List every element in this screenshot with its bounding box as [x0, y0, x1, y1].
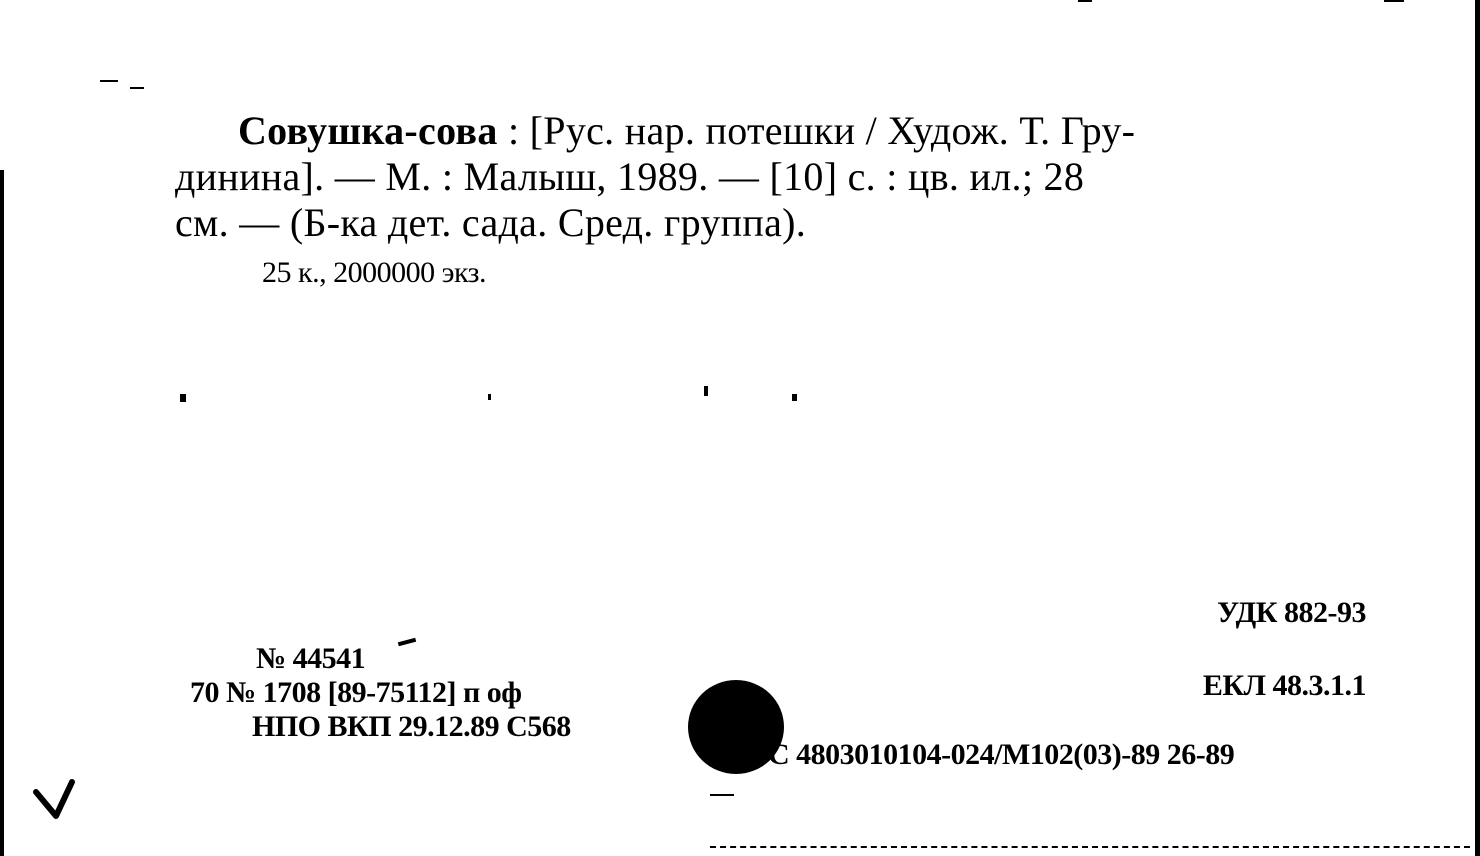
check-mark-icon [30, 778, 86, 824]
card-right-edge [1475, 0, 1480, 856]
classification-block: УДК 882-93 ЕКЛ 48.3.1.1 [1203, 596, 1366, 742]
scan-speck [710, 794, 734, 796]
word: Малыш, [464, 154, 607, 199]
word: : [442, 154, 453, 199]
word: / [866, 108, 877, 153]
word: — [719, 154, 759, 199]
word: : [886, 154, 897, 199]
scan-speck [704, 386, 708, 396]
word: М. [385, 154, 431, 199]
word: 1989. [617, 154, 709, 199]
ekl-code: ЕКЛ 48.3.1.1 [1203, 669, 1366, 707]
entry-line-2: динина]. — М. : Малыш, 1989. — [10] с. :… [175, 154, 1365, 200]
scan-speck [100, 80, 118, 82]
word: ил.; [970, 154, 1034, 199]
scan-speck [488, 394, 491, 400]
printer-info: НПО ВКП 29.12.89 С568 [190, 710, 571, 744]
word: потешки [705, 108, 855, 153]
word: с. [848, 154, 876, 199]
word: Т. [1019, 108, 1050, 153]
word: цв. [908, 154, 959, 199]
catalog-card: Совушка-сова : [Рус. нар. потешки / Худо… [0, 0, 1480, 856]
udk-code: УДК 882-93 [1203, 596, 1366, 634]
punch-hole [688, 680, 784, 774]
word: Гру- [1061, 108, 1136, 153]
word: 28 [1044, 154, 1085, 199]
word: — [335, 154, 375, 199]
scan-speck [130, 87, 144, 89]
word: [10] [769, 154, 837, 199]
word: нар. [625, 108, 695, 153]
word: : [Рус. [508, 108, 615, 153]
word: динина]. [175, 154, 324, 199]
imprint-block: № 44541 70 № 1708 [89-75112] п оф НПО ВК… [190, 642, 571, 744]
entry-line-1: Совушка-сова : [Рус. нар. потешки / Худо… [175, 108, 1365, 154]
card-left-edge [0, 170, 4, 856]
edge-mark [1078, 0, 1092, 2]
price-print-run: 25 к., 2000000 экз. [262, 256, 486, 290]
bibliographic-entry: Совушка-сова : [Рус. нар. потешки / Худо… [175, 108, 1365, 246]
card-number: № 44541 [190, 642, 571, 676]
book-title: Совушка-сова [238, 108, 498, 153]
edge-mark [1384, 0, 1404, 2]
card-bottom-edge [710, 846, 1470, 848]
scan-speck [792, 394, 797, 401]
scan-speck [180, 394, 186, 402]
order-number: 70 № 1708 [89-75112] п оф [190, 676, 571, 710]
word: Худож. [887, 108, 1009, 153]
entry-line-3: см. — (Б-ка дет. сада. Сред. группа). [175, 200, 1365, 246]
catalog-code: С 4803010104-024/М102(03)-89 26-89 [768, 738, 1234, 772]
